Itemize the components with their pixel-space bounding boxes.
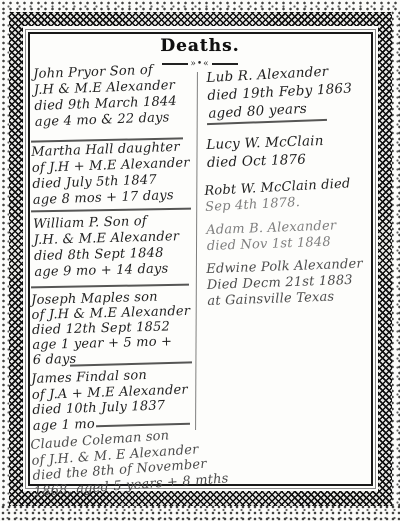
lace-border-bottom <box>0 504 400 521</box>
death-entry: Joseph Maples son of J.H & M.E Alexander… <box>31 289 192 368</box>
death-entry: Adam B. Alexander died Nov 1st 1848 <box>206 218 337 255</box>
death-entry: Lub R. Alexander died 19th Feby 1863 age… <box>206 61 353 123</box>
death-entry: Martha Hall daughter of J.H + M.E Alexan… <box>31 139 191 208</box>
death-entry: Lucy W. McClain died Oct 1876 <box>206 132 325 172</box>
scanned-register-page: Deaths. »•« John Pryor Son of J.H & M.E … <box>0 0 400 521</box>
death-entry: John Pryor Son of J.H & M.E Alexander di… <box>33 62 178 131</box>
divider-ornament: »•« <box>190 59 209 69</box>
death-entry: Edwine Polk Alexander Died Decm 21st 188… <box>206 257 364 310</box>
death-entry: William P. Son of J.H. & M.E Alexander d… <box>33 213 180 281</box>
divider-line-right <box>212 63 238 65</box>
page-title: Deaths. <box>0 36 400 56</box>
death-entry: James Findal son of J.A + M.E Alexander … <box>31 367 189 434</box>
